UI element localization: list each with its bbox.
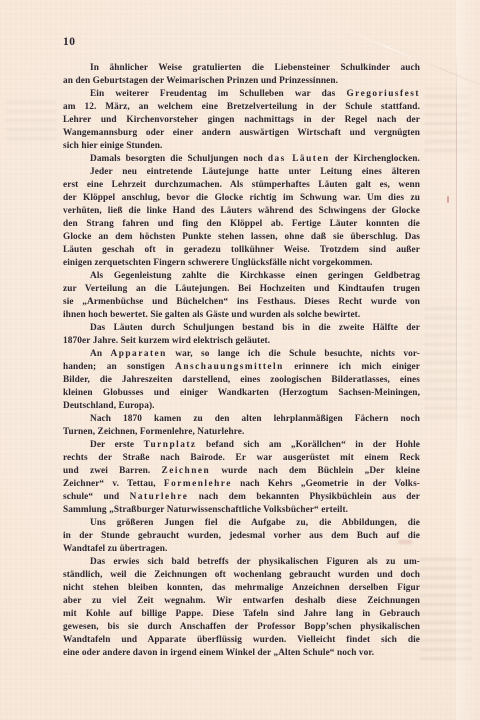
text-line: und zwei Barren. Zeichnen wurde nach dem… bbox=[63, 465, 420, 478]
text-line: An Apparaten war, so lange ich die Schul… bbox=[63, 348, 420, 361]
text-segment: erinnere ich mich einiger bbox=[284, 362, 420, 372]
text-segment: rechts der Straße nach Bairode. Er war a… bbox=[63, 453, 420, 463]
letterspaced-text: Gregoriusfest bbox=[346, 89, 420, 99]
text-line: Sammlung „Straßburger Naturwissenschaftl… bbox=[63, 504, 420, 517]
text-line: rechts der Straße nach Bairode. Er war a… bbox=[63, 452, 420, 465]
paragraph: Das Läuten durch Schuljungen bestand bis… bbox=[63, 322, 420, 348]
text-line: Ein weiterer Freudentag im Schulleben wa… bbox=[63, 88, 420, 101]
text-line: Uns größeren Jungen fiel die Aufgabe zu,… bbox=[63, 517, 420, 530]
text-line: Bilder, die Jahreszeiten darstellend, ei… bbox=[63, 374, 420, 387]
text-segment: wurde nach dem Büchlein „Der kleine bbox=[210, 466, 420, 476]
page-number: 10 bbox=[63, 36, 76, 48]
text-segment: Das Läuten durch Schuljungen bestand bis… bbox=[90, 323, 420, 333]
text-segment: verhüten, ließ die linke Hand des Läuter… bbox=[63, 206, 420, 216]
text-segment: Deutschland, Europa). bbox=[63, 401, 155, 411]
bleed-through-mark bbox=[6, 96, 56, 140]
paragraph: In ähnlicher Weise gratulierten die Lieb… bbox=[63, 62, 420, 88]
text-segment: handen; an sonstigen bbox=[63, 362, 175, 372]
text-line: Wandtafeln und Apparate überflüssig wurd… bbox=[63, 634, 420, 647]
text-segment: Nach 1870 kamen zu den alten lehrplanmäß… bbox=[90, 414, 420, 424]
text-line: verhüten, ließ die linke Hand des Läuter… bbox=[63, 205, 420, 218]
text-segment: war, so lange ich die Schule besuchte, n… bbox=[167, 349, 420, 359]
text-segment: Bilder, die Jahreszeiten darstellend, ei… bbox=[63, 375, 420, 385]
text-line: Zeichner“ v. Tettau, Formenlehre nach Ke… bbox=[63, 478, 420, 491]
text-line: nicht stehen bleiben konnten, das mehrma… bbox=[63, 582, 420, 595]
text-line: Lehrer und Kirchenvorsteher gingen nachm… bbox=[63, 114, 420, 127]
text-segment: kleinen Globusses und einiger Wandkarten… bbox=[63, 388, 420, 398]
text-line: schule“ und Naturlehre nach dem bekannte… bbox=[63, 491, 420, 504]
text-segment: Damals besorgten die Schuljungen noch bbox=[90, 154, 268, 164]
paragraph: An Apparaten war, so lange ich die Schul… bbox=[63, 348, 420, 413]
text-line: in der Stunde gebraucht wurden, jedesmal… bbox=[63, 530, 420, 543]
text-segment: Der erste bbox=[90, 440, 144, 450]
text-segment: und zwei Barren. bbox=[63, 466, 162, 476]
letterspaced-text: Turnplatz bbox=[144, 440, 197, 450]
text-segment: Als Gegenleistung zahlte die Kirchkasse … bbox=[90, 271, 420, 281]
text-line: 1870er Jahre. Seit kurzem wird elektrisc… bbox=[63, 335, 420, 348]
paragraph: Ein weiterer Freudentag im Schulleben wa… bbox=[63, 88, 420, 153]
text-segment: aber zu viel Zeit wegnahm. Wir entwarfen… bbox=[63, 596, 420, 606]
text-line: Nach 1870 kamen zu den alten lehrplanmäß… bbox=[63, 413, 420, 426]
text-line: sie „Armenbüchse und Büchelchen“ ins Fes… bbox=[63, 296, 420, 309]
text-line: Das erwies sich bald betreffs der physik… bbox=[63, 556, 420, 569]
text-segment: mit Kohle auf billige Pappe. Diese Tafel… bbox=[63, 609, 420, 619]
text-segment: einigen zerquetschten Fingern schwerere … bbox=[63, 258, 373, 268]
text-line: Der erste Turnplatz befand sich am „Korä… bbox=[63, 439, 420, 452]
text-segment: An bbox=[90, 349, 110, 359]
ink-speck bbox=[447, 196, 449, 203]
letterspaced-text: Zeichnen bbox=[162, 466, 211, 476]
text-segment: Jeder neu eintretende Läutejunge hatte u… bbox=[90, 167, 420, 177]
text-line: erst eine Lehrzeit durchzumachen. Als st… bbox=[63, 179, 420, 192]
text-segment: ihnen hoch bewertet. Sie galten als Gäst… bbox=[63, 310, 360, 320]
text-segment: nicht stehen bleiben konnten, das mehrma… bbox=[63, 583, 420, 593]
text-segment: 1870er Jahre. Seit kurzem wird elektrisc… bbox=[63, 336, 270, 346]
letterspaced-text: Apparaten bbox=[110, 349, 166, 359]
letterspaced-text: Formenlehre bbox=[164, 479, 232, 489]
text-segment: am 12. März, an welchem eine Bretzelvert… bbox=[63, 102, 420, 112]
text-line: gewesen, bis sie durch Anschaffen der Pr… bbox=[63, 621, 420, 634]
text-segment: Lehrer und Kirchenvorsteher gingen nachm… bbox=[63, 115, 420, 125]
text-segment: Wandtafeln und Apparate überflüssig wurd… bbox=[63, 635, 420, 645]
letterspaced-text: das Läuten bbox=[268, 154, 330, 164]
text-segment: Sammlung „Straßburger Naturwissenschaftl… bbox=[63, 505, 348, 515]
text-segment: der Klöppel anschlug, bevor die Glocke r… bbox=[63, 193, 420, 203]
text-segment: zur Verteilung an die Läutejungen. Bei H… bbox=[63, 284, 420, 294]
paragraph: Damals besorgten die Schuljungen noch da… bbox=[63, 153, 420, 166]
text-line: sich hier einige Stunden. bbox=[63, 140, 420, 153]
text-segment: nach Kehrs „Geometrie in der Volks- bbox=[232, 479, 420, 489]
letterspaced-text: Naturlehre bbox=[130, 492, 189, 502]
text-line: Wandtafel zu übertragen. bbox=[63, 543, 420, 556]
text-segment: Wangemannsburg oder einer andern auswärt… bbox=[63, 128, 420, 138]
text-line: aber zu viel Zeit wegnahm. Wir entwarfen… bbox=[63, 595, 420, 608]
text-segment: an den Geburtstagen der Weimarischen Pri… bbox=[63, 76, 338, 86]
text-segment: Turnen, Zeichnen, Formenlehre, Naturlehr… bbox=[63, 427, 244, 437]
text-line: Glocke an dem höchsten Punkte stehen las… bbox=[63, 231, 420, 244]
text-line: Damals besorgten die Schuljungen noch da… bbox=[63, 153, 420, 166]
text-segment: der Kirchenglocken. bbox=[330, 154, 420, 164]
book-page: 10 In ähnlicher Weise gratulierten die L… bbox=[0, 0, 480, 720]
text-segment: Uns größeren Jungen fiel die Aufgabe zu,… bbox=[90, 518, 420, 528]
text-segment: ständlich, weil die Zeichnungen oft woch… bbox=[63, 570, 420, 580]
text-segment: Glocke an dem höchsten Punkte stehen las… bbox=[63, 232, 420, 242]
text-segment: erst eine Lehrzeit durchzumachen. Als st… bbox=[63, 180, 420, 190]
paragraph: Uns größeren Jungen fiel die Aufgabe zu,… bbox=[63, 517, 420, 556]
text-segment: Ein weiterer Freudentag im Schulleben wa… bbox=[90, 89, 346, 99]
text-line: kleinen Globusses und einiger Wandkarten… bbox=[63, 387, 420, 400]
text-segment: sich hier einige Stunden. bbox=[63, 141, 162, 151]
text-segment: befand sich am „Korällchen“ in der Hohle bbox=[197, 440, 420, 450]
text-line: ständlich, weil die Zeichnungen oft woch… bbox=[63, 569, 420, 582]
text-line: Jeder neu eintretende Läutejunge hatte u… bbox=[63, 166, 420, 179]
text-segment: nach dem bekannten Physikbüchlein aus de… bbox=[188, 492, 420, 502]
text-line: In ähnlicher Weise gratulierten die Lieb… bbox=[63, 62, 420, 75]
text-line: Turnen, Zeichnen, Formenlehre, Naturlehr… bbox=[63, 426, 420, 439]
text-line: Deutschland, Europa). bbox=[63, 400, 420, 413]
text-segment: eine oder andere davon in irgend einem W… bbox=[63, 648, 374, 658]
paragraph: Der erste Turnplatz befand sich am „Korä… bbox=[63, 439, 420, 517]
page-fold-edge bbox=[456, 0, 480, 720]
crease-line bbox=[456, 52, 457, 482]
text-segment: Wandtafel zu übertragen. bbox=[63, 544, 167, 554]
text-segment: Zeichner“ v. Tettau, bbox=[63, 479, 164, 489]
text-line: den Strang fahren und fing den Klöppel a… bbox=[63, 218, 420, 231]
paragraph: Das erwies sich bald betreffs der physik… bbox=[63, 556, 420, 660]
text-segment: Läuten geschah oft in geradezu tollkühne… bbox=[63, 245, 420, 255]
text-line: am 12. März, an welchem eine Bretzelvert… bbox=[63, 101, 420, 114]
text-line: eine oder andere davon in irgend einem W… bbox=[63, 647, 420, 660]
paragraph: Nach 1870 kamen zu den alten lehrplanmäß… bbox=[63, 413, 420, 439]
text-line: mit Kohle auf billige Pappe. Diese Tafel… bbox=[63, 608, 420, 621]
text-line: Wangemannsburg oder einer andern auswärt… bbox=[63, 127, 420, 140]
paragraph: Als Gegenleistung zahlte die Kirchkasse … bbox=[63, 270, 420, 322]
text-line: Läuten geschah oft in geradezu tollkühne… bbox=[63, 244, 420, 257]
text-segment: sie „Armenbüchse und Büchelchen“ ins Fes… bbox=[63, 297, 420, 307]
text-line: der Klöppel anschlug, bevor die Glocke r… bbox=[63, 192, 420, 205]
text-line: an den Geburtstagen der Weimarischen Pri… bbox=[63, 75, 420, 88]
text-segment: gewesen, bis sie durch Anschaffen der Pr… bbox=[63, 622, 420, 632]
text-line: Das Läuten durch Schuljungen bestand bis… bbox=[63, 322, 420, 335]
text-line: einigen zerquetschten Fingern schwerere … bbox=[63, 257, 420, 270]
page-text: In ähnlicher Weise gratulierten die Lieb… bbox=[63, 62, 420, 660]
text-line: handen; an sonstigen Anschauungsmitteln … bbox=[63, 361, 420, 374]
text-segment: In ähnlicher Weise gratulierten die Lieb… bbox=[90, 63, 420, 73]
letterspaced-text: Anschauungsmitteln bbox=[175, 362, 284, 372]
text-segment: schule“ und bbox=[63, 492, 130, 502]
text-segment: Das erwies sich bald betreffs der physik… bbox=[90, 557, 420, 567]
text-line: ihnen hoch bewertet. Sie galten als Gäst… bbox=[63, 309, 420, 322]
text-line: zur Verteilung an die Läutejungen. Bei H… bbox=[63, 283, 420, 296]
text-segment: in der Stunde gebraucht wurden, jedesmal… bbox=[63, 531, 420, 541]
text-line: Als Gegenleistung zahlte die Kirchkasse … bbox=[63, 270, 420, 283]
paragraph: Jeder neu eintretende Läutejunge hatte u… bbox=[63, 166, 420, 270]
text-segment: den Strang fahren und fing den Klöppel a… bbox=[63, 219, 420, 229]
